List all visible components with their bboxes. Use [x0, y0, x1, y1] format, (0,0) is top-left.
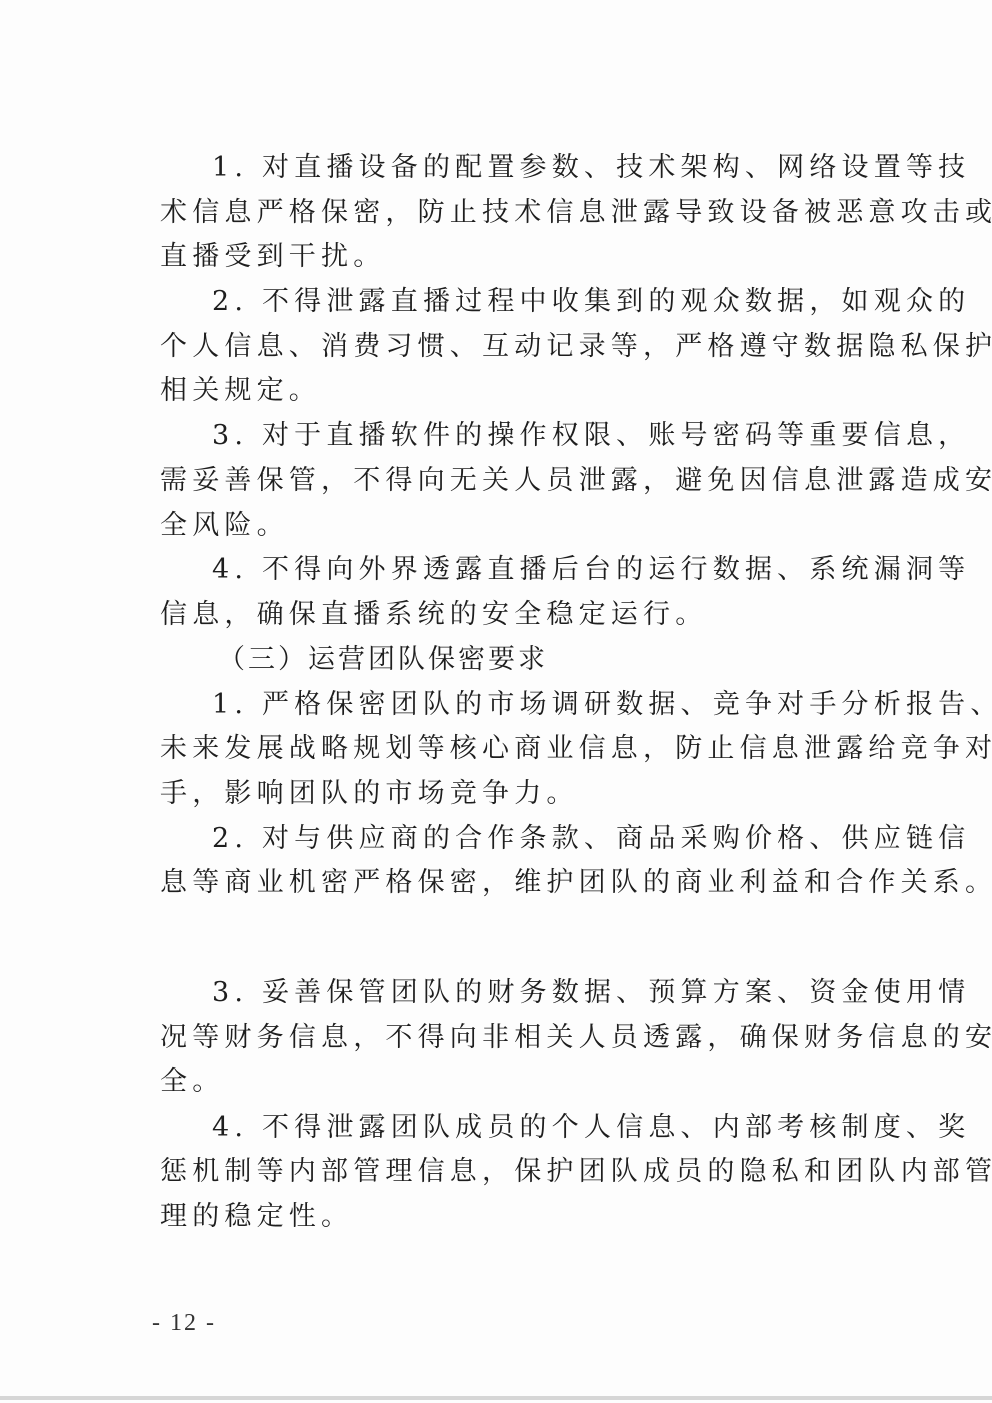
- paragraph-line: 1. 对直播设备的配置参数、技术架构、网络设置等技: [212, 150, 850, 186]
- paragraph-line: 需妥善保管，不得向无关人员泄露，避免因信息泄露造成安: [160, 463, 850, 499]
- paragraph-line: 3. 妥善保管团队的财务数据、预算方案、资金使用情: [212, 975, 850, 1011]
- paragraph-line: 4. 不得泄露团队成员的个人信息、内部考核制度、奖: [212, 1110, 850, 1146]
- page-bottom-edge: [0, 1396, 992, 1400]
- paragraph-line: 惩机制等内部管理信息，保护团队成员的隐私和团队内部管: [160, 1154, 850, 1190]
- paragraph-line: 2. 不得泄露直播过程中收集到的观众数据，如观众的: [212, 284, 850, 320]
- paragraph-line: 信息，确保直播系统的安全稳定运行。: [160, 597, 850, 633]
- paragraph-line: 全。: [160, 1064, 850, 1100]
- paragraph-line: 手，影响团队的市场竞争力。: [160, 776, 850, 812]
- paragraph-line: 直播受到干扰。: [160, 239, 850, 275]
- paragraph-line: 3. 对于直播软件的操作权限、账号密码等重要信息，: [212, 418, 850, 454]
- paragraph-line: 4. 不得向外界透露直播后台的运行数据、系统漏洞等: [212, 552, 850, 588]
- paragraph-line: 术信息严格保密，防止技术信息泄露导致设备被恶意攻击或: [160, 195, 850, 231]
- document-page: 1. 对直播设备的配置参数、技术架构、网络设置等技 术信息严格保密，防止技术信息…: [0, 0, 992, 1403]
- paragraph-line: 个人信息、消费习惯、互动记录等，严格遵守数据隐私保护: [160, 329, 850, 365]
- paragraph-line: 理的稳定性。: [160, 1199, 850, 1235]
- paragraph-line: 未来发展战略规划等核心商业信息，防止信息泄露给竞争对: [160, 731, 850, 767]
- paragraph-line: 2. 对与供应商的合作条款、商品采购价格、供应链信: [212, 821, 850, 857]
- page-number: - 12 -: [152, 1310, 216, 1337]
- paragraph-line: 全风险。: [160, 508, 850, 544]
- paragraph-line: 相关规定。: [160, 373, 850, 409]
- paragraph-line: 1. 严格保密团队的市场调研数据、竞争对手分析报告、: [212, 687, 850, 723]
- paragraph-line: 况等财务信息，不得向非相关人员透露，确保财务信息的安: [160, 1020, 850, 1056]
- paragraph-line: 息等商业机密严格保密，维护团队的商业利益和合作关系。: [160, 865, 850, 901]
- section-heading: （三）运营团队保密要求: [218, 642, 908, 678]
